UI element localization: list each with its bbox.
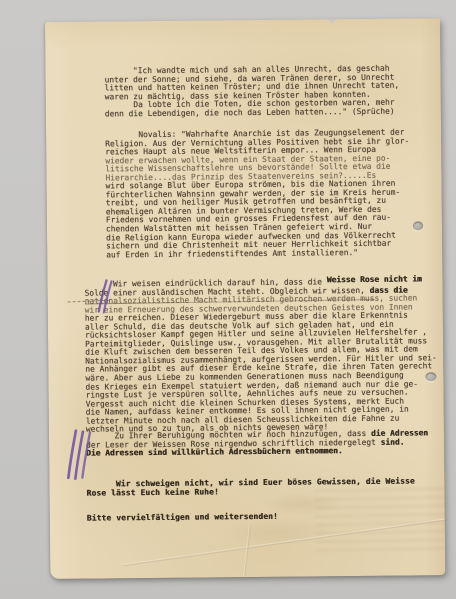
text-line: Die Adressen sind willkürlich Adressbüch… — [86, 446, 428, 458]
text-segment: Bitte vervielfältigen und weitersenden! — [87, 512, 278, 523]
text-segment: auf Erden in ihr friedenstiftendes Amt i… — [106, 248, 358, 259]
text-segment: denn die Lebendigen, die noch das Leben … — [105, 106, 395, 118]
text-segment: Weisse Rose nicht im — [327, 275, 422, 285]
text-line: auf Erden in ihr friedenstiftendes Amt i… — [106, 248, 410, 259]
text-line: denn die Lebendigen, die noch das Leben … — [105, 107, 400, 118]
paper-crease-vertical — [243, 525, 251, 577]
paragraph-quote-sprueche: "Ich wandte mich und sah an alles Unrech… — [104, 65, 399, 119]
paper-hole — [425, 372, 436, 381]
paragraph-distribution-request: Bitte vervielfältigen und weitersenden! — [87, 513, 278, 523]
text-segment: Hierarchie....das Prinzip des Staatenver… — [105, 171, 376, 183]
paper-hole — [413, 221, 423, 230]
text-segment: Die Adressen sind willkürlich Adressbüch… — [86, 446, 343, 457]
paragraph-addresses-note: Zu Ihrer Beruhigung möchten wir noch hin… — [86, 429, 428, 458]
text-line: Bitte vervielfältigen und weitersenden! — [87, 513, 278, 523]
ink-bleedthrough — [314, 487, 445, 552]
paragraph-quote-novalis: Novalis: "Wahrhafte Anarchie ist das Zeu… — [105, 129, 410, 260]
paragraph-weisse-rose-statement: Wir weisen eindrücklich darauf hin, dass… — [84, 277, 437, 434]
leaflet-page: "Ich wandte mich und sah an alles Unrech… — [45, 18, 445, 579]
text-segment: sind. — [381, 437, 405, 446]
paper-tear-notch — [326, 18, 338, 23]
paragraph-warning: Wir schweigen nicht, wir sind Euer böses… — [86, 477, 414, 497]
scan-background: "Ich wandte mich und sah an alles Unrech… — [0, 0, 456, 599]
text-segment: Rose lässt Euch keine Ruhe! — [86, 487, 218, 497]
